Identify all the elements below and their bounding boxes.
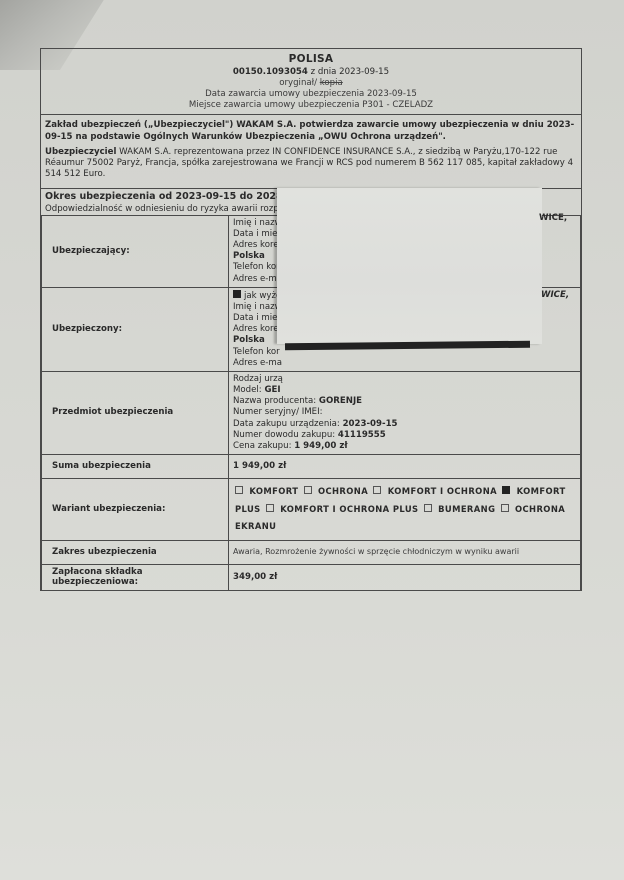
receipt-line: Numer dowodu zakupu: 41119555 — [233, 430, 576, 441]
subject-label: Przedmiot ubezpieczenia — [42, 371, 229, 454]
checkbox-empty-icon — [424, 504, 432, 512]
scope-label: Zakres ubezpieczenia — [42, 541, 229, 565]
checkbox-checked-icon — [233, 290, 241, 298]
premium-value: 349,00 zł — [229, 565, 581, 591]
checkbox-empty-icon — [501, 504, 509, 512]
subject-value: Rodzaj urzą Model: GEI Nazwa producenta:… — [229, 371, 581, 454]
policy-header: POLISA 00150.1093054 z dnia 2023-09-15 o… — [41, 49, 581, 115]
variant-option-label: KOMFORT — [246, 486, 302, 496]
original-label: oryginał/ — [279, 78, 317, 88]
sum-insured-value: 1 949,00 zł — [229, 455, 581, 479]
receipt-value: 41119555 — [338, 430, 386, 440]
policyholder-label: Ubezpieczający: — [42, 215, 229, 287]
email-line: Adres e-ma — [233, 358, 576, 369]
policy-number: 00150.1093054 — [233, 67, 308, 77]
variant-label: Wariant ubezpieczenia: — [42, 479, 229, 541]
confirmation-text: Zakład ubezpieczeń („Ubezpieczyciel") WA… — [45, 120, 577, 142]
serial-line: Numer seryjny/ IMEI: — [233, 407, 576, 418]
device-type-line: Rodzaj urzą — [233, 374, 576, 385]
table-row: Przedmiot ubezpieczenia Rodzaj urzą Mode… — [42, 371, 581, 454]
price-label: Cena zakupu: — [233, 441, 291, 451]
price-line: Cena zakupu: 1 949,00 zł — [233, 441, 576, 452]
table-row: Zapłacona składka ubezpieczeniowa: 349,0… — [42, 565, 581, 591]
serial-label: Numer seryjny/ IMEI: — [233, 407, 323, 417]
manufacturer-value: GORENJE — [319, 396, 362, 406]
variant-option: KOMFORT — [235, 486, 302, 496]
purchase-date-value: 2023-09-15 — [343, 419, 398, 429]
variant-option: KOMFORT I OCHRONA PLUS — [264, 504, 422, 514]
model-line: Model: GEI — [233, 385, 576, 396]
variant-option-label: KOMFORT I OCHRONA PLUS — [277, 504, 422, 514]
model-label: Model: — [233, 385, 262, 395]
insurer-text: WAKAM S.A. reprezentowana przez IN CONFI… — [45, 147, 573, 179]
purchase-date-label: Data zakupu urządzenia: — [233, 419, 340, 429]
original-copy-line: oryginał/ kopia — [41, 78, 581, 89]
checkbox-empty-icon — [235, 486, 243, 494]
table-row: Zakres ubezpieczenia Awaria, Rozmrożenie… — [42, 541, 581, 565]
variant-option-label: OCHRONA — [315, 486, 372, 496]
checkbox-empty-icon — [266, 504, 274, 512]
same-as-above-text: jak wyże — [244, 291, 281, 301]
table-row: Suma ubezpieczenia 1 949,00 zł — [42, 455, 581, 479]
variant-option: OCHRONA — [302, 486, 372, 496]
variant-option-label: KOMFORT I OCHRONA — [384, 486, 500, 496]
table-row: Wariant ubezpieczenia: KOMFORT OCHRONA K… — [42, 479, 581, 541]
variant-option-label: BUMERANG — [435, 504, 499, 514]
variant-option: BUMERANG — [422, 504, 499, 514]
redaction-sticker — [277, 188, 542, 344]
premium-label: Zapłacona składka ubezpieczeniowa: — [42, 565, 229, 591]
copy-label: kopia — [320, 78, 343, 88]
insurer-paragraph: Ubezpieczyciel WAKAM S.A. reprezentowana… — [45, 147, 577, 181]
policy-date: 2023-09-15 — [339, 67, 389, 77]
insured-label: Ubezpieczony: — [42, 287, 229, 371]
manufacturer-line: Nazwa producenta: GORENJE — [233, 396, 576, 407]
policy-title: POLISA — [41, 53, 581, 67]
checkbox-empty-icon — [304, 486, 312, 494]
policy-number-line: 00150.1093054 z dnia 2023-09-15 — [41, 67, 581, 78]
variant-option: KOMFORT I OCHRONA — [371, 486, 500, 496]
scanned-page: POLISA 00150.1093054 z dnia 2023-09-15 o… — [0, 0, 624, 880]
checkbox-checked-icon — [502, 486, 510, 494]
manufacturer-label: Nazwa producenta: — [233, 396, 316, 406]
sum-insured-label: Suma ubezpieczenia — [42, 455, 229, 479]
policy-date-prefix: z dnia — [311, 67, 337, 77]
scope-value: Awaria, Rozmrożenie żywności w sprzęcie … — [229, 541, 581, 565]
partial-city-text: WICE, — [541, 290, 569, 300]
partial-city-text: WICE, — [539, 213, 567, 223]
checkbox-empty-icon — [373, 486, 381, 494]
variant-options: KOMFORT OCHRONA KOMFORT I OCHRONA KOMFOR… — [229, 479, 581, 541]
receipt-label: Numer dowodu zakupu: — [233, 430, 335, 440]
contract-place-line: Miejsce zawarcia umowy ubezpieczenia P30… — [41, 100, 581, 111]
price-value: 1 949,00 zł — [294, 441, 347, 451]
insurer-label: Ubezpieczyciel — [45, 147, 116, 157]
model-value: GEI — [264, 385, 280, 395]
contract-date-line: Data zawarcia umowy ubezpieczenia 2023-0… — [41, 89, 581, 100]
intro-section: Zakład ubezpieczeń („Ubezpieczyciel") WA… — [41, 115, 581, 189]
purchase-date-line: Data zakupu urządzenia: 2023-09-15 — [233, 419, 576, 430]
